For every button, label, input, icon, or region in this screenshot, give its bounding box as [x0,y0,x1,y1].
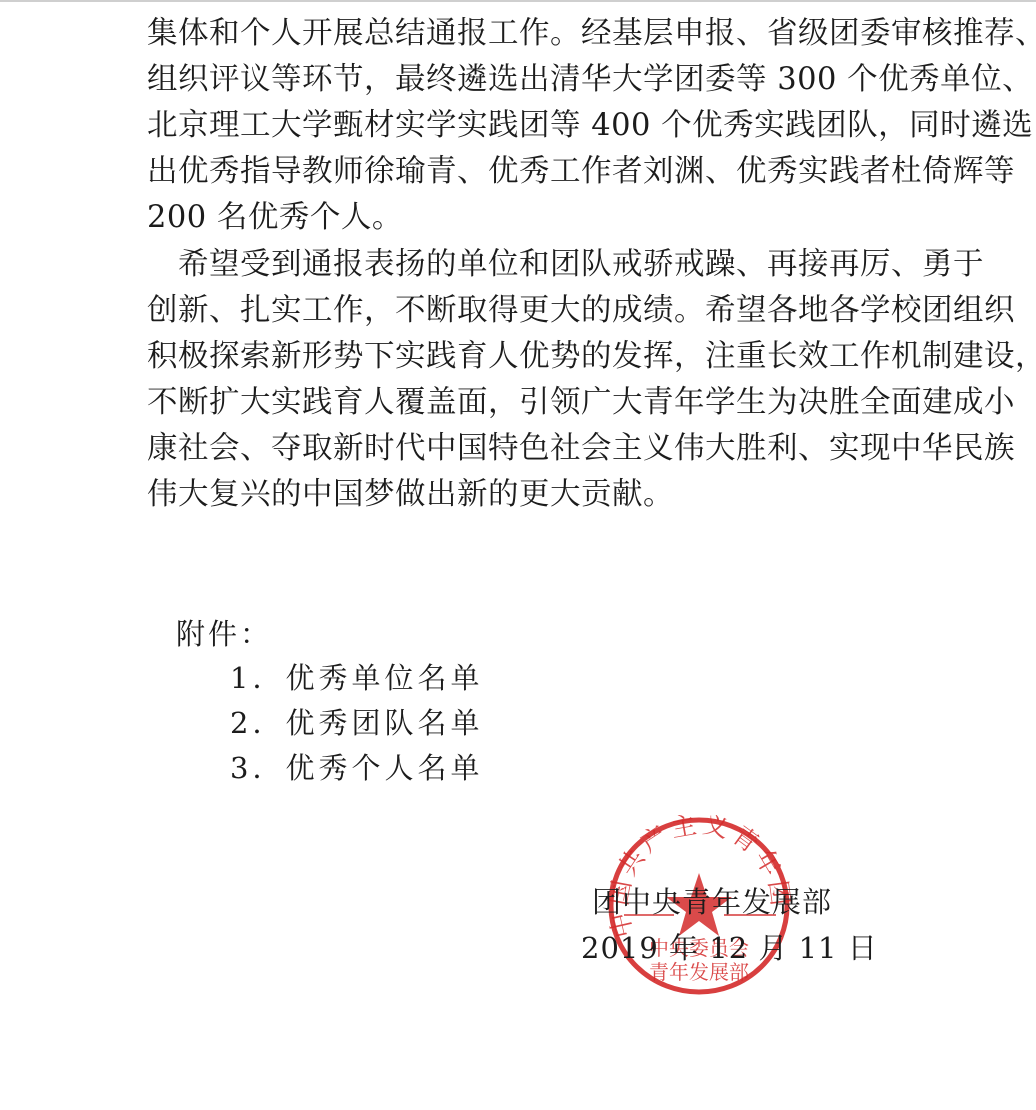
attachment-item-1: 1．优秀单位名单 [230,658,483,698]
paragraph1-line-1: 集体和个人开展总结通报工作。经基层申报、省级团委审核推荐、 [147,14,1036,54]
paragraph2-line-6: 伟大复兴的中国梦做出新的更大贡献。 [147,475,674,515]
scan-top-edge [0,0,1036,2]
signature-organization: 团中央青年发展部 [592,882,832,922]
attachment-item-2: 2．优秀团队名单 [230,703,483,743]
paragraph2-line-4: 不断扩大实践育人覆盖面，引领广大青年学生为决胜全面建成小 [147,383,1015,423]
attachments-title: 附件： [176,614,272,654]
paragraph2-line-1: 希望受到通报表扬的单位和团队戒骄戒躁、再接再厉、勇于 [147,245,984,285]
paragraph1-line-5: 200 名优秀个人。 [147,198,403,238]
paragraph1-line-4: 出优秀指导教师徐瑜青、优秀工作者刘渊、优秀实践者杜倚辉等 [147,152,1015,192]
paragraph2-line-5: 康社会、夺取新时代中国特色社会主义伟大胜利、实现中华民族 [147,429,1015,469]
signature-date: 2019 年 12 月 11 日 [581,928,878,968]
paragraph1-line-2: 组织评议等环节，最终遴选出清华大学团委等 300 个优秀单位、 [147,60,1033,100]
document-page: 集体和个人开展总结通报工作。经基层申报、省级团委审核推荐、 组织评议等环节，最终… [0,0,1036,1110]
paragraph2-line-3: 积极探索新形势下实践育人优势的发挥，注重长效工作机制建设， [147,337,1036,377]
paragraph1-line-3: 北京理工大学甄材实学实践团等 400 个优秀实践团队，同时遴选 [147,106,1033,146]
attachment-item-3: 3．优秀个人名单 [230,748,483,788]
paragraph2-line-2: 创新、扎实工作，不断取得更大的成绩。希望各地各学校团组织 [147,291,1015,331]
